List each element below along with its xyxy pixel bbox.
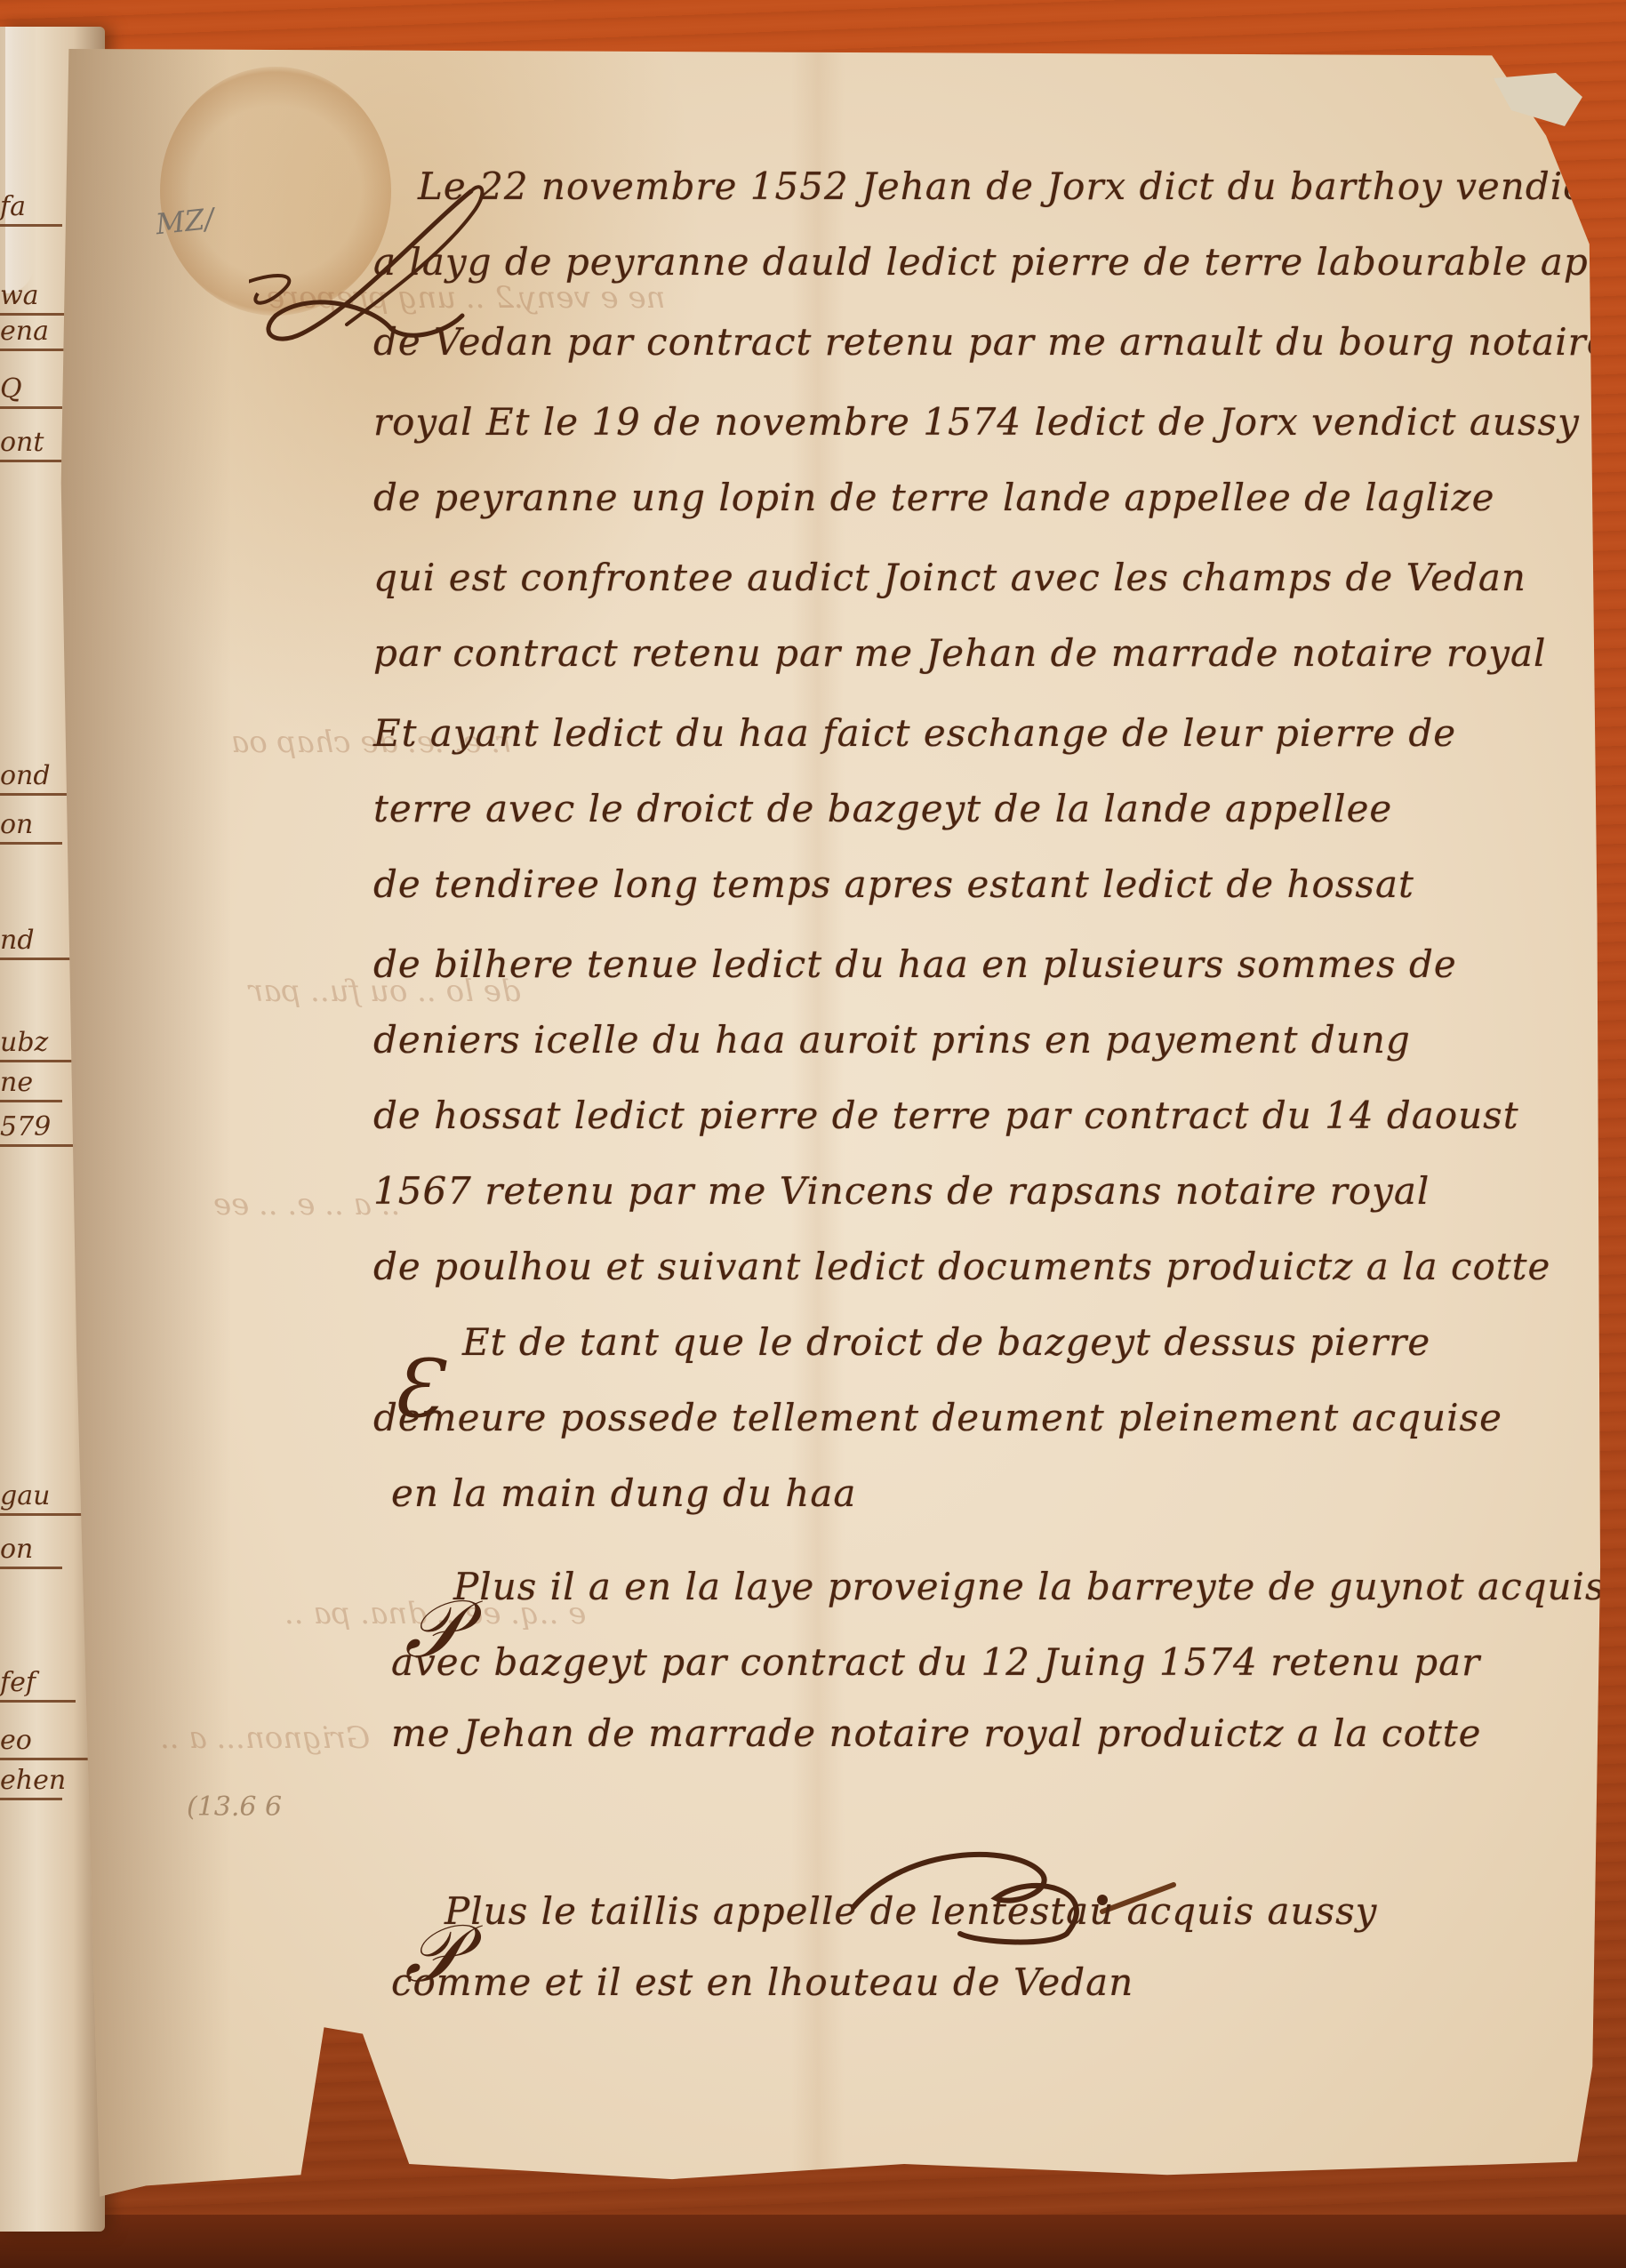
manuscript-line: en la main dung du haa [391,1471,856,1515]
manuscript-line: avec bazgeyt par contract du 12 Juing 15… [391,1640,1480,1684]
manuscript-line: de poulhou et suivant ledict documents p… [373,1245,1550,1288]
manuscript-line: demeure possede tellement deument pleine… [373,1396,1502,1439]
bleed-through-text: Grignon... a .. [160,1720,370,1756]
adjacent-page-fragment: wa [0,280,39,311]
manuscript-line: de hossat ledict pierre de terre par con… [373,1094,1519,1137]
manuscript-line: Plus il a en la laye proveigne la barrey… [453,1565,1626,1608]
manuscript-line: de Vedan par contract retenu par me arna… [373,320,1610,364]
adjacent-page-rule [0,406,62,409]
adjacent-page-fragment: on [0,809,33,840]
adjacent-page-fragment: ne [0,1067,33,1098]
adjacent-page-fragment: 579 [0,1111,51,1142]
margin-annotation-bottom: (13.6 6 [187,1791,282,1823]
adjacent-page-rule [0,224,62,227]
adjacent-page-fragment: ubz [0,1027,48,1058]
adjacent-page-fragment: ena [0,316,49,347]
adjacent-page-rule [0,1100,62,1102]
manuscript-line: Plus le taillis appelle de lentestau acq… [445,1889,1377,1933]
adjacent-page-rule [0,1567,62,1569]
adjacent-page-fragment: fa [0,191,26,222]
adjacent-page-fragment: nd [0,925,35,956]
manuscript-line: a layg de peyranne dauld ledict pierre d… [373,240,1626,284]
manuscript-line: qui est confrontee audict Joinct avec le… [373,556,1526,599]
manuscript-line: deniers icelle du haa auroit prins en pa… [373,1018,1411,1062]
margin-annotation-pencil: MZ/ [154,202,215,242]
manuscript-line: de peyranne ung lopin de terre lande app… [373,476,1494,519]
adjacent-page-rule [0,1700,76,1703]
manuscript-line: comme et il est en lhouteau de Vedan [391,1960,1133,2004]
adjacent-page-fragment: ond [0,760,51,791]
manuscript-line: royal Et le 19 de novembre 1574 ledict d… [373,400,1626,444]
adjacent-page-fragment: gau [0,1480,50,1511]
manuscript-line: de bilhere tenue ledict du haa en plusie… [373,942,1457,986]
adjacent-page-fragment: ehen [0,1765,66,1796]
page-curl-highlight [5,27,34,293]
manuscript-line: me Jehan de marrade notaire royal produi… [391,1711,1481,1755]
manuscript-line: de tendiree long temps apres estant ledi… [373,862,1414,906]
manuscript-line: Et de tant que le droict de bazgeyt dess… [462,1320,1430,1364]
adjacent-page-rule [0,958,76,960]
adjacent-page-fragment: ont [0,427,44,458]
adjacent-page-fragment: eo [0,1725,32,1756]
manuscript-line: terre avec le droict de bazgeyt de la la… [373,787,1392,830]
adjacent-page-rule [0,842,62,845]
adjacent-page-rule [0,1758,89,1760]
adjacent-page-rule [0,1144,76,1147]
manuscript-page: ne e veny.2 .. ung prepore r. e. .e. de … [53,49,1600,2218]
manuscript-line: Le 22 novembre 1552 Jehan de Jorx dict d… [418,164,1601,208]
adjacent-page-fragment: on [0,1534,33,1565]
adjacent-page-fragment: Q [0,373,22,405]
bleed-through-text: .. a .. e. .. ee [213,1187,400,1222]
manuscript-line: Et ayant ledict du haa faict eschange de… [373,711,1456,755]
manuscript-line: par contract retenu par me Jehan de marr… [373,631,1546,675]
adjacent-page-rule [0,1798,62,1800]
wood-table-edge [0,2215,1626,2268]
adjacent-page-rule [0,1513,89,1516]
manuscript-line: 1567 retenu par me Vincens de rapsans no… [373,1169,1430,1213]
adjacent-page-fragment: fef [0,1667,36,1698]
